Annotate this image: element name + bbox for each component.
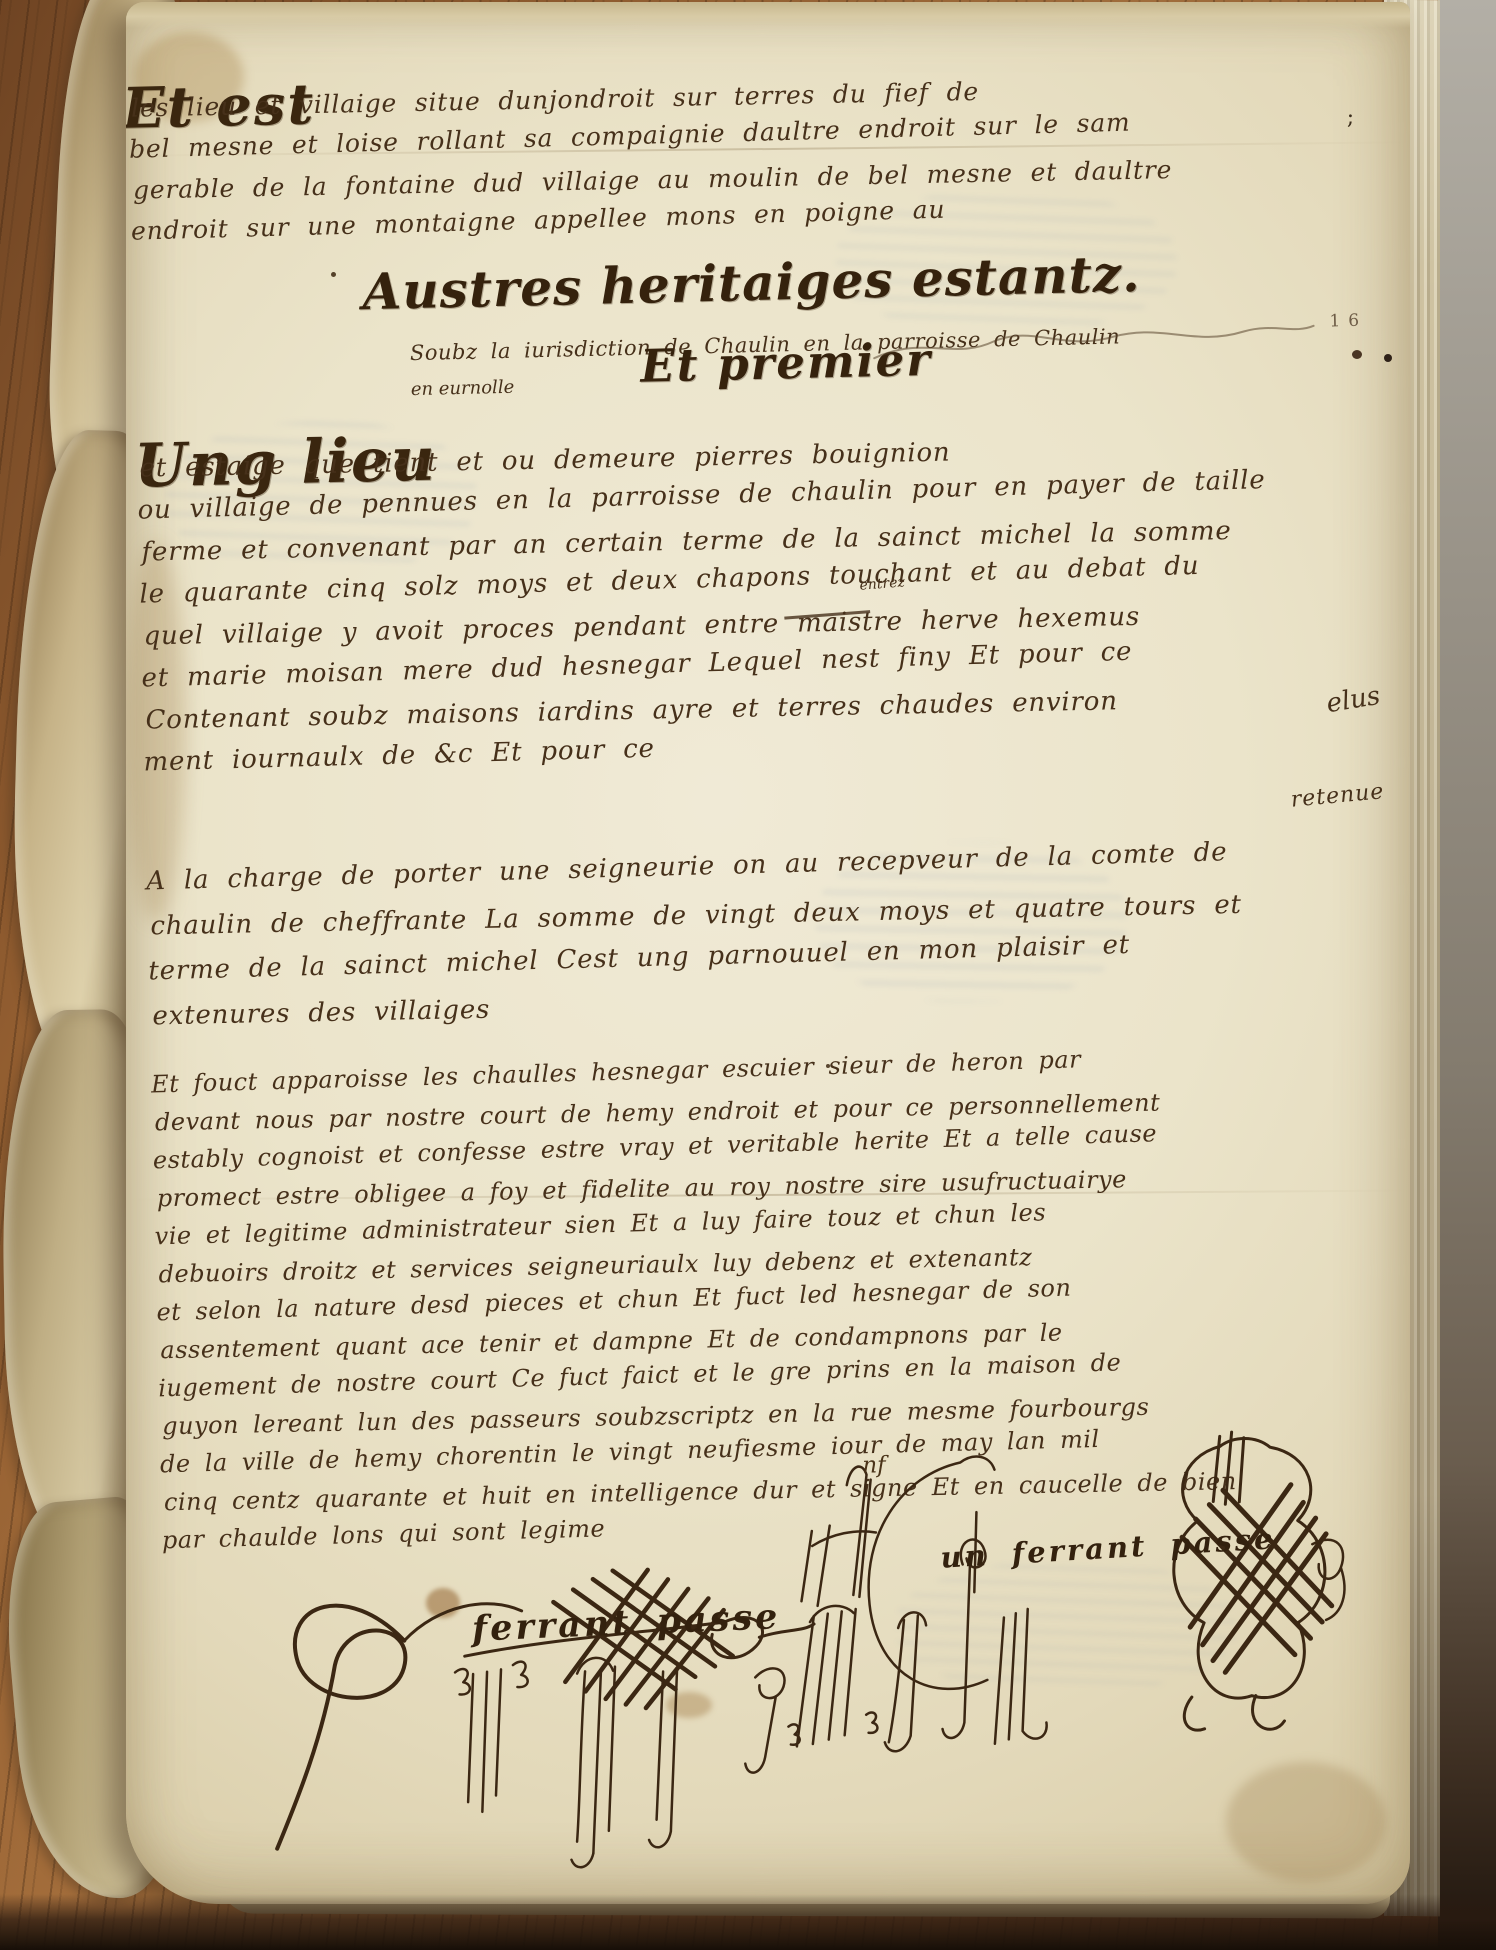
jurisdiction-note: en eurnolle	[411, 377, 515, 400]
signature-right-paraph	[749, 1413, 1357, 1757]
section-heading-block: Austres heritaiges estantz.	[362, 244, 1141, 321]
folio-mark-number: 16	[1329, 311, 1367, 332]
margin-note-elus: elus	[1324, 681, 1382, 719]
manuscript-photo: Et est les lieu et villaige situe dunjon…	[0, 0, 1496, 1950]
page-content: Et est les lieu et villaige situe dunjon…	[126, 2, 1410, 1904]
margin-note-retenue: retenue	[1290, 779, 1386, 813]
entry-paragraph: Ung lieu et estaige que tient et ou deme…	[136, 421, 1272, 783]
pen-squiggle-flourish	[864, 318, 1325, 369]
section-heading: Austres heritaiges estantz.	[362, 244, 1141, 321]
folio-mark-top: ;	[1346, 105, 1354, 130]
interlinear-note: entrez	[859, 574, 905, 593]
notary-monogram: nf	[862, 1452, 886, 1479]
signature-left-paraph	[252, 1536, 840, 1880]
background-right-edge	[1438, 0, 1496, 1950]
opening-paragraph: Et est les lieu et villaige situe dunjon…	[128, 63, 1174, 252]
manuscript-page: Et est les lieu et villaige situe dunjon…	[126, 2, 1410, 1904]
charge-paragraph: A la charge de porter une seigneurie on …	[146, 834, 1244, 1040]
